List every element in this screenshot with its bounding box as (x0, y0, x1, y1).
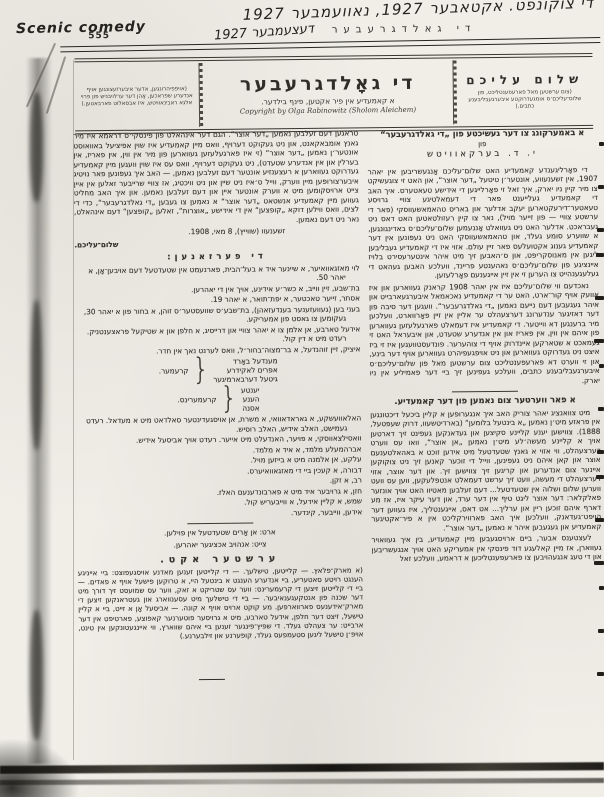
act-heading: ערשטער אקט. (78, 553, 363, 565)
scan-artifact-tick (595, 296, 604, 300)
scan-artifact-blob (30, 92, 43, 202)
printed-page: 555 די גאלדגרעבער שלום עליכם (צום ערשטען… (0, 0, 604, 797)
cast-entry: בעני בען (געוועזענער בענדעזאהן), בת־שבע׳… (75, 304, 360, 326)
scan-artifact-blob (31, 300, 42, 450)
setting-place: ארט: אן אָרים שטעדטעל אין פוילען. (77, 526, 362, 538)
section-rule (452, 391, 518, 393)
cast-entry: אידעל טארבע, אן אלמן צו א יאהר צוויי און… (75, 324, 360, 346)
author-name: שלום עליכם (461, 72, 589, 87)
article-byline: י. ד. בערקאוויטש (367, 149, 597, 161)
ornamental-divider (452, 60, 457, 124)
scan-artifact-tick (597, 228, 604, 232)
cast-group-shopwomen: יענטע הענע אסנה { קרעמערינס. (76, 384, 361, 414)
foreword-dateline: זשענעוו (שווייץ), 8 מאי, 1908. (74, 225, 359, 237)
setting-time: צייט: אנהויב אכציגער יאהרען. (77, 538, 362, 550)
scan-artifact-tick (596, 253, 604, 257)
cast-group-names: מענדעל באָרד אפרים לאקידרע גיטעל דערבארמ… (213, 356, 278, 384)
play-title: די גאָלדגרעבער (207, 71, 449, 96)
foreword-paragraph: מיט צוואנציג יאהר צוריק האב איך אנגערופע… (370, 407, 601, 533)
scan-artifact-tick (594, 339, 604, 343)
scan-artifact-tick (596, 475, 604, 479)
scan-artifact-tick (594, 561, 604, 565)
page-number: 555 (88, 31, 110, 41)
copyright-line: Copyright by Olga Rabinowitz (Sholom Ale… (207, 105, 449, 116)
stage-directions: (א מארק־פלאץ. — קלייטען, טישלעך. — די קל… (78, 566, 364, 643)
foreword-signature: שלום־עליכם. (74, 237, 359, 249)
title-cell: די גאָלדגרעבער א קאמעדיע אין פיר אקטען, … (202, 58, 453, 129)
end-dash (199, 679, 225, 680)
text-columns: א באמערקונג צו דער געשיכטע פון „די גאלדג… (73, 126, 603, 682)
cast-group-role: קרעמער. (159, 366, 189, 376)
scan-artifact-fold-line (73, 60, 74, 760)
right-edge-marks (592, 142, 604, 702)
cast-entry: לוי מאזגאוואיער, א שיינער איד א בעל־הבית… (75, 263, 360, 285)
scan-artifact-corner-blot (0, 738, 80, 797)
cast-group-shopkeepers: מענדעל באָרד אפרים לאקידרע גיטעל דערבארמ… (76, 355, 361, 385)
rights-note: (אויפפיהרונגען, אדער איבערזעצונגען אויף … (79, 86, 195, 108)
cast-entry: אידען, ווייבער, קינדער. (77, 507, 362, 519)
column-left: טראגען דעם זעלבען נאמען „דער אוצר“. הגם … (73, 128, 364, 681)
article-paragraph: נאכדעם ווי שלום־עליכם איז אין יאהר 1908 … (369, 280, 600, 387)
cast-group-names: יענטע הענע אסנה (241, 385, 260, 412)
author-cell: שלום עליכם (צום ערשטען מאל פארעפענטליכט,… (456, 57, 593, 126)
cast-name: יענטע (241, 385, 260, 394)
article-paragraph: די פאָרליגענדע קאמעדיע האט שלום־עליכם אָ… (368, 164, 599, 280)
scan-artifact-tick (597, 672, 604, 676)
cast-list: די פערזאנען: לוי מאזגאוואיער, א שיינער א… (74, 250, 362, 519)
masthead-rule (60, 37, 600, 52)
ornamental-divider (198, 63, 203, 127)
scan-artifact-tick (599, 364, 604, 368)
title-header-box: שלום עליכם (צום ערשטען מאל פארעפענטליכט,… (74, 53, 593, 134)
scan-artifact-tick (595, 518, 604, 522)
cast-entry: האלאוועשקע, א גאראדאוואי, א משרת, אן אוי… (76, 413, 361, 435)
author-note: (צום ערשטען מאל פארעפענטליכט, פון שלום־ע… (461, 89, 589, 111)
cast-group-role: קרעמערינס. (177, 395, 216, 405)
brace-glyph: { (221, 394, 238, 405)
brace-glyph: { (193, 365, 210, 376)
cast-heading: די פערזאנען: (74, 250, 359, 262)
cast-name: אסנה (241, 403, 260, 412)
cast-entry: איציק, זיין זוהנדעל, א בר־מצוה־בחור׳ל, ו… (75, 344, 360, 356)
scan-artifact-tick (598, 629, 604, 633)
foreword-paragraph: לעצטענס אבער, ביים ארויסגעבען מיין קאמעד… (371, 533, 601, 564)
scan-artifact-tick (598, 407, 604, 411)
column-right-article: א באמערקונג צו דער געשיכטע פון „די גאלדג… (367, 126, 603, 679)
running-head-title: די גאלדגרעבער (314, 23, 494, 36)
scan-artifact-tick (597, 450, 604, 454)
foreword-subheading: א פאר ווערטער צום נאמען פון דער קאמעדיע. (370, 395, 600, 407)
scan-artifact-tick (599, 142, 604, 146)
scan-artifact-tick (599, 586, 604, 590)
foreword-continuation: טראגען דעם זעלבען נאמען „דער אוצר“. הגם … (73, 128, 359, 226)
cast-name: הענע (241, 394, 260, 403)
rights-cell: (אויפפיהרונגען, אדער איבערזעצונגען אויף … (74, 61, 199, 130)
section-rule (187, 523, 253, 525)
scan-artifact-tick (598, 185, 604, 189)
scan-artifact-blob (30, 610, 43, 740)
scanned-document-page: די צוקונפט. אקטאבער 1927, נאוועמבער 1927… (0, 0, 604, 797)
